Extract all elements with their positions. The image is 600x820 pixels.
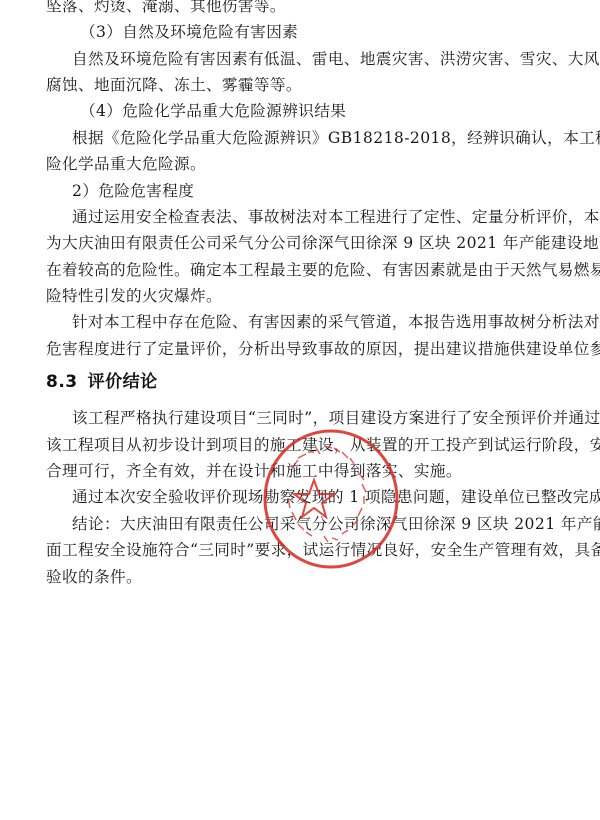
paragraph-line-6: 根据《危险化学品重大危险源辨识》GB18218-2018，经辨识确认，本工程未构… bbox=[72, 128, 578, 148]
paragraph-line-14: 危害程度进行了定量评价，分析出导致事故的原因，提出建议措施供建设单位参考。 bbox=[46, 339, 578, 359]
conclusion-line-6: 面工程安全设施符合“三同时”要求，试运行情况良好，安全生产管理有效，具备安全 bbox=[46, 540, 578, 560]
conclusion-line-4: 通过本次安全验收评价现场勘察发现的 1 项隐患问题，建设单位已整改完成。 bbox=[72, 487, 578, 507]
paragraph-line-13: 针对本工程中存在危险、有害因素的采气管道，本报告选用事故树分析法对其危险 bbox=[72, 312, 578, 332]
subsection-heading-3: （3）自然及环境危险有害因素 bbox=[80, 22, 578, 42]
paragraph-line-3: 自然及环境危险有害因素有低温、雷电、地震灾害、洪涝灾害、雪灾、大风、土壤 bbox=[72, 49, 578, 69]
paragraph-line-12: 险特性引发的火灾爆炸。 bbox=[46, 286, 578, 306]
paragraph-line-9: 通过运用安全检查表法、事故树法对本工程进行了定性、定量分析评价，本评价认 bbox=[72, 207, 578, 227]
paragraph-line-10: 为大庆油田有限责任公司采气分公司徐深气田徐深 9 区块 2021 年产能建设地面… bbox=[46, 233, 578, 253]
conclusion-line-1: 该工程严格执行建设项目“三同时”，项目建设方案进行了安全预评价并通过评审。 bbox=[72, 408, 578, 428]
document-page: 坠落、灼烫、淹溺、其他伤害等。 （3）自然及环境危险有害因素 自然及环境危险有害… bbox=[0, 0, 600, 820]
subsection-heading-4: （4）危险化学品重大危险源辨识结果 bbox=[80, 101, 578, 121]
conclusion-line-5: 结论：大庆油田有限责任公司采气分公司徐深气田徐深 9 区块 2021 年产能建设… bbox=[72, 514, 578, 534]
section-title: 评价结论 bbox=[88, 372, 158, 392]
paragraph-line-4: 腐蚀、地面沉降、冻土、雾霾等等。 bbox=[46, 75, 578, 95]
paragraph-line-11: 在着较高的危险性。确定本工程最主要的危险、有害因素就是由于天然气易燃易爆的危 bbox=[46, 260, 578, 280]
conclusion-line-7: 验收的条件。 bbox=[46, 567, 578, 587]
section-number: 8.3 bbox=[46, 372, 78, 392]
subsection-heading-danger-degree: 2）危险危害程度 bbox=[72, 181, 578, 201]
conclusion-line-3: 合理可行，齐全有效，并在设计和施工中得到落实、实施。 bbox=[46, 461, 578, 481]
conclusion-line-2: 该工程项目从初步设计到项目的施工建设，从装置的开工投产到试运行阶段，安全措施 bbox=[46, 435, 578, 455]
section-heading: 8.3评价结论 bbox=[46, 371, 158, 393]
paragraph-line-1: 坠落、灼烫、淹溺、其他伤害等。 bbox=[46, 0, 578, 16]
paragraph-line-7: 险化学品重大危险源。 bbox=[46, 154, 578, 174]
